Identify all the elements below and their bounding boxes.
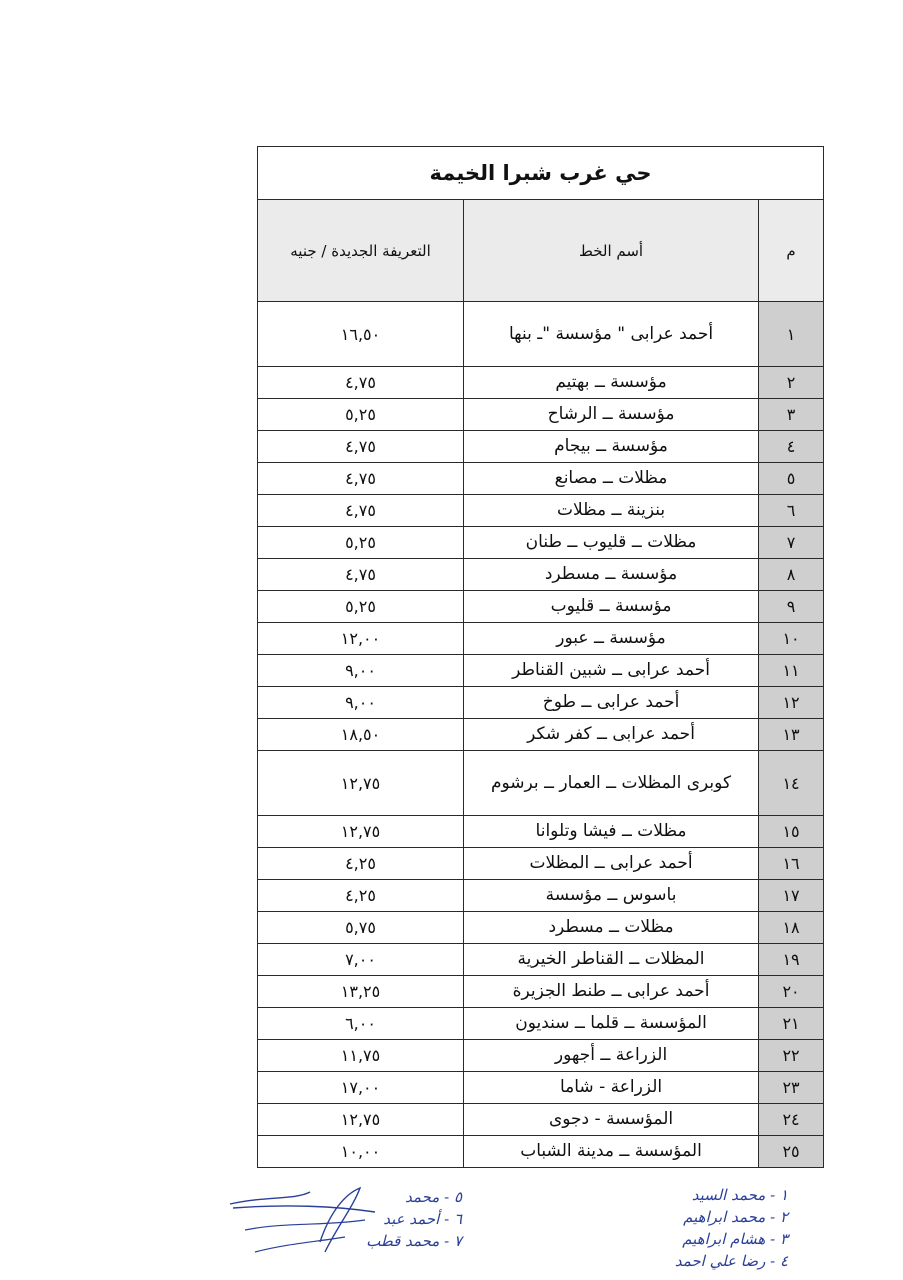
- fare-value: ١٦,٥٠: [258, 302, 464, 367]
- line-name: أحمد عرابى ــ طوخ: [464, 687, 759, 719]
- table-row: ٢٤ المؤسسة - دجوى ١٢,٧٥: [258, 1104, 824, 1136]
- line-name: الزراعة ــ أجهور: [464, 1040, 759, 1072]
- signature-6: ٦ - أحمد عبد: [232, 1208, 462, 1230]
- table-row: ١٦ أحمد عرابى ــ المظلات ٤,٢٥: [258, 848, 824, 880]
- table-row: ٢ مؤسسة ــ بهتيم ٤,٧٥: [258, 367, 824, 399]
- table-row: ١٠ مؤسسة ــ عبور ١٢,٠٠: [258, 623, 824, 655]
- signatures-right: ١ - محمد السيد ٢ - محمد ابراهيم ٣ - هشام…: [598, 1184, 788, 1272]
- row-number: ١: [759, 302, 824, 367]
- table-row: ١٣ أحمد عرابى ــ كفر شكر ١٨,٥٠: [258, 719, 824, 751]
- signature-7: ٧ - محمد قطب: [232, 1230, 462, 1252]
- fare-value: ٩,٠٠: [258, 687, 464, 719]
- fare-value: ١٧,٠٠: [258, 1072, 464, 1104]
- row-number: ٢٢: [759, 1040, 824, 1072]
- row-number: ٤: [759, 431, 824, 463]
- row-number: ١٧: [759, 880, 824, 912]
- fare-value: ٩,٠٠: [258, 655, 464, 687]
- table-row: ٧ مظلات ــ قليوب ــ طنان ٥,٢٥: [258, 527, 824, 559]
- signature-4: ٤ - رضا علي احمد: [598, 1250, 788, 1272]
- fare-value: ١٨,٥٠: [258, 719, 464, 751]
- line-name: مظلات ــ مسطرد: [464, 912, 759, 944]
- signature-3: ٣ - هشام ابراهيم: [598, 1228, 788, 1250]
- row-number: ٦: [759, 495, 824, 527]
- line-name: كوبرى المظلات ــ العمار ــ برشوم: [464, 751, 759, 816]
- line-name: مؤسسة ــ عبور: [464, 623, 759, 655]
- fare-value: ١٢,٠٠: [258, 623, 464, 655]
- row-number: ١٥: [759, 816, 824, 848]
- table-row: ١٧ باسوس ــ مؤسسة ٤,٢٥: [258, 880, 824, 912]
- row-number: ٢٣: [759, 1072, 824, 1104]
- fare-value: ٦,٠٠: [258, 1008, 464, 1040]
- signature-1: ١ - محمد السيد: [598, 1184, 788, 1206]
- table-row: ١٨ مظلات ــ مسطرد ٥,٧٥: [258, 912, 824, 944]
- table-row: ٢٠ أحمد عرابى ــ طنط الجزيرة ١٣,٢٥: [258, 976, 824, 1008]
- line-name: مؤسسة ــ بهتيم: [464, 367, 759, 399]
- line-name: الزراعة - شاما: [464, 1072, 759, 1104]
- title-row: حي غرب شبرا الخيمة: [258, 147, 824, 200]
- line-name: أحمد عرابى " مؤسسة "ـ بنها: [464, 302, 759, 367]
- signature-2: ٢ - محمد ابراهيم: [598, 1206, 788, 1228]
- row-number: ٨: [759, 559, 824, 591]
- table-row: ١١ أحمد عرابى ــ شبين القناطر ٩,٠٠: [258, 655, 824, 687]
- line-name: أحمد عرابى ــ كفر شكر: [464, 719, 759, 751]
- header-number: م: [759, 200, 824, 302]
- line-name: باسوس ــ مؤسسة: [464, 880, 759, 912]
- row-number: ٢١: [759, 1008, 824, 1040]
- row-number: ١٢: [759, 687, 824, 719]
- fare-value: ٤,٢٥: [258, 848, 464, 880]
- line-name: المؤسسة ــ قلما ــ سنديون: [464, 1008, 759, 1040]
- table-row: ٢٢ الزراعة ــ أجهور ١١,٧٥: [258, 1040, 824, 1072]
- table-row: ١٢ أحمد عرابى ــ طوخ ٩,٠٠: [258, 687, 824, 719]
- table-row: ١٩ المظلات ــ القناطر الخيرية ٧,٠٠: [258, 944, 824, 976]
- row-number: ٣: [759, 399, 824, 431]
- line-name: المؤسسة ــ مدينة الشباب: [464, 1136, 759, 1168]
- row-number: ٢٠: [759, 976, 824, 1008]
- row-number: ١٩: [759, 944, 824, 976]
- table-row: ٩ مؤسسة ــ قليوب ٥,٢٥: [258, 591, 824, 623]
- table-row: ٢٣ الزراعة - شاما ١٧,٠٠: [258, 1072, 824, 1104]
- row-number: ٩: [759, 591, 824, 623]
- fare-value: ١١,٧٥: [258, 1040, 464, 1072]
- table-row: ٥ مظلات ــ مصانع ٤,٧٥: [258, 463, 824, 495]
- header-new-fare: التعريفة الجديدة / جنيه: [258, 200, 464, 302]
- table-body: ١ أحمد عرابى " مؤسسة "ـ بنها ١٦,٥٠ ٢ مؤس…: [258, 302, 824, 1168]
- row-number: ٢: [759, 367, 824, 399]
- fare-value: ١٠,٠٠: [258, 1136, 464, 1168]
- signatures-area: ٥ - محمد ٦ - أحمد عبد ٧ - محمد قطب ١ - م…: [0, 1182, 903, 1280]
- line-name: مظلات ــ فيشا وتلوانا: [464, 816, 759, 848]
- line-name: مؤسسة ــ بيجام: [464, 431, 759, 463]
- fare-value: ٥,٢٥: [258, 591, 464, 623]
- row-number: ١٤: [759, 751, 824, 816]
- signatures-left: ٥ - محمد ٦ - أحمد عبد ٧ - محمد قطب: [232, 1186, 462, 1252]
- line-name: أحمد عرابى ــ المظلات: [464, 848, 759, 880]
- row-number: ٥: [759, 463, 824, 495]
- table-row: ٦ بنزينة ــ مظلات ٤,٧٥: [258, 495, 824, 527]
- row-number: ١٠: [759, 623, 824, 655]
- fare-table: حي غرب شبرا الخيمة م أسم الخط التعريفة ا…: [257, 146, 824, 1168]
- fare-value: ٥,٢٥: [258, 527, 464, 559]
- table-row: ٢١ المؤسسة ــ قلما ــ سنديون ٦,٠٠: [258, 1008, 824, 1040]
- line-name: أحمد عرابى ــ طنط الجزيرة: [464, 976, 759, 1008]
- fare-value: ٤,٧٥: [258, 367, 464, 399]
- line-name: مؤسسة ــ قليوب: [464, 591, 759, 623]
- line-name: مظلات ــ قليوب ــ طنان: [464, 527, 759, 559]
- fare-value: ٥,٢٥: [258, 399, 464, 431]
- row-number: ١٨: [759, 912, 824, 944]
- table-row: ١ أحمد عرابى " مؤسسة "ـ بنها ١٦,٥٠: [258, 302, 824, 367]
- table-row: ٣ مؤسسة ــ الرشاح ٥,٢٥: [258, 399, 824, 431]
- table-row: ٨ مؤسسة ــ مسطرد ٤,٧٥: [258, 559, 824, 591]
- table-row: ١٤ كوبرى المظلات ــ العمار ــ برشوم ١٢,٧…: [258, 751, 824, 816]
- fare-value: ١٣,٢٥: [258, 976, 464, 1008]
- fare-value: ٤,٢٥: [258, 880, 464, 912]
- line-name: مظلات ــ مصانع: [464, 463, 759, 495]
- line-name: المظلات ــ القناطر الخيرية: [464, 944, 759, 976]
- row-number: ١١: [759, 655, 824, 687]
- line-name: مؤسسة ــ مسطرد: [464, 559, 759, 591]
- fare-value: ١٢,٧٥: [258, 751, 464, 816]
- fare-value: ٤,٧٥: [258, 463, 464, 495]
- document-title: حي غرب شبرا الخيمة: [258, 147, 824, 200]
- table-row: ٢٥ المؤسسة ــ مدينة الشباب ١٠,٠٠: [258, 1136, 824, 1168]
- line-name: مؤسسة ــ الرشاح: [464, 399, 759, 431]
- fare-value: ٥,٧٥: [258, 912, 464, 944]
- header-line-name: أسم الخط: [464, 200, 759, 302]
- row-number: ١٦: [759, 848, 824, 880]
- fare-value: ١٢,٧٥: [258, 816, 464, 848]
- line-name: بنزينة ــ مظلات: [464, 495, 759, 527]
- fare-value: ٧,٠٠: [258, 944, 464, 976]
- fare-value: ١٢,٧٥: [258, 1104, 464, 1136]
- signature-5: ٥ - محمد: [232, 1186, 462, 1208]
- header-row: م أسم الخط التعريفة الجديدة / جنيه: [258, 200, 824, 302]
- row-number: ٢٤: [759, 1104, 824, 1136]
- line-name: أحمد عرابى ــ شبين القناطر: [464, 655, 759, 687]
- line-name: المؤسسة - دجوى: [464, 1104, 759, 1136]
- row-number: ٧: [759, 527, 824, 559]
- table-row: ١٥ مظلات ــ فيشا وتلوانا ١٢,٧٥: [258, 816, 824, 848]
- fare-value: ٤,٧٥: [258, 559, 464, 591]
- fare-value: ٤,٧٥: [258, 431, 464, 463]
- row-number: ٢٥: [759, 1136, 824, 1168]
- table-row: ٤ مؤسسة ــ بيجام ٤,٧٥: [258, 431, 824, 463]
- fare-value: ٤,٧٥: [258, 495, 464, 527]
- row-number: ١٣: [759, 719, 824, 751]
